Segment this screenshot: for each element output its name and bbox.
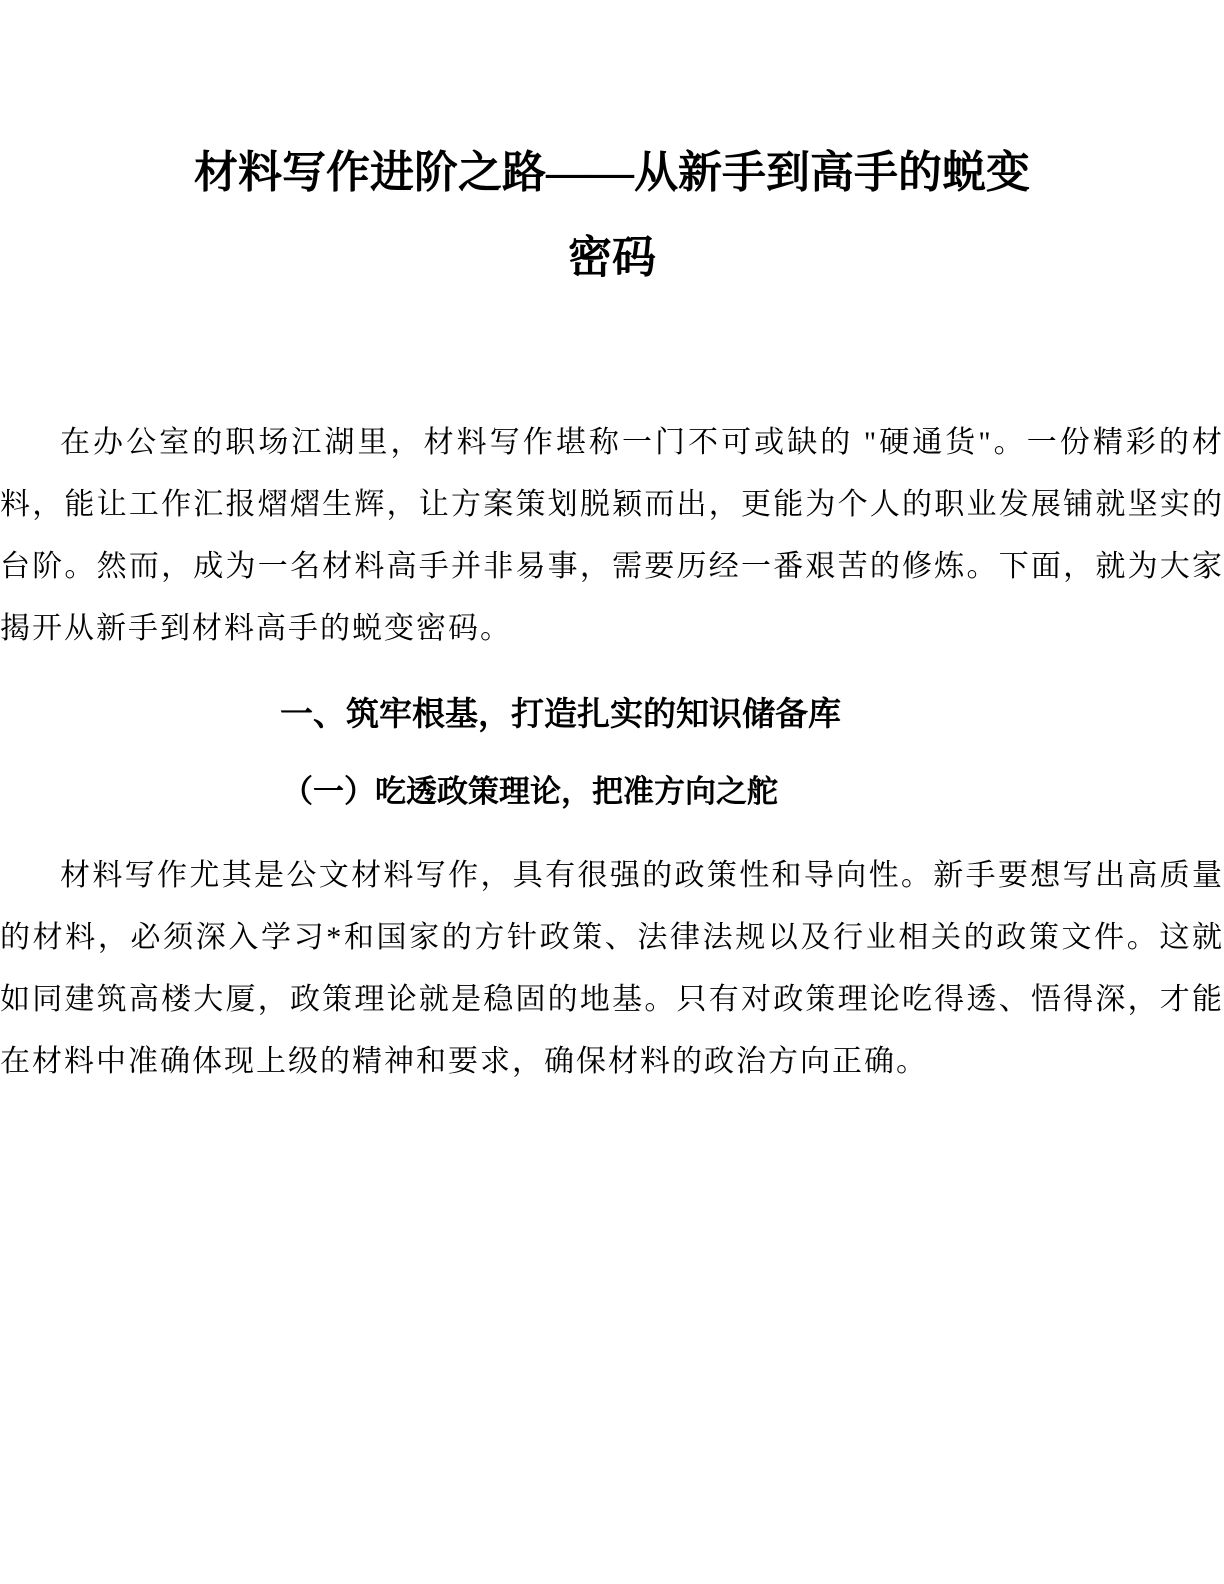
body-paragraph: 材料写作尤其是公文材料写作，具有很强的政策性和导向性。新手要想写出高质量的材料，… bbox=[0, 845, 1224, 1093]
intro-paragraph: 在办公室的职场江湖里，材料写作堪称一门不可或缺的 "硬通货"。一份精彩的材料，能… bbox=[0, 412, 1224, 660]
document-title-line-1: 材料写作进阶之路——从新手到高手的蜕变 bbox=[194, 148, 1030, 197]
document-page: 材料写作进阶之路——从新手到高手的蜕变密码 在办公室的职场江湖里，材料写作堪称一… bbox=[0, 0, 1224, 1584]
document-title-line-2: 密码 bbox=[568, 233, 656, 282]
subsection-heading: （一）吃透政策理论，把准方向之舵 bbox=[218, 761, 1022, 823]
section-heading: 一、筑牢根基，打造扎实的知识储备库 bbox=[218, 683, 1022, 745]
document-title: 材料写作进阶之路——从新手到高手的蜕变密码 bbox=[190, 130, 1034, 300]
